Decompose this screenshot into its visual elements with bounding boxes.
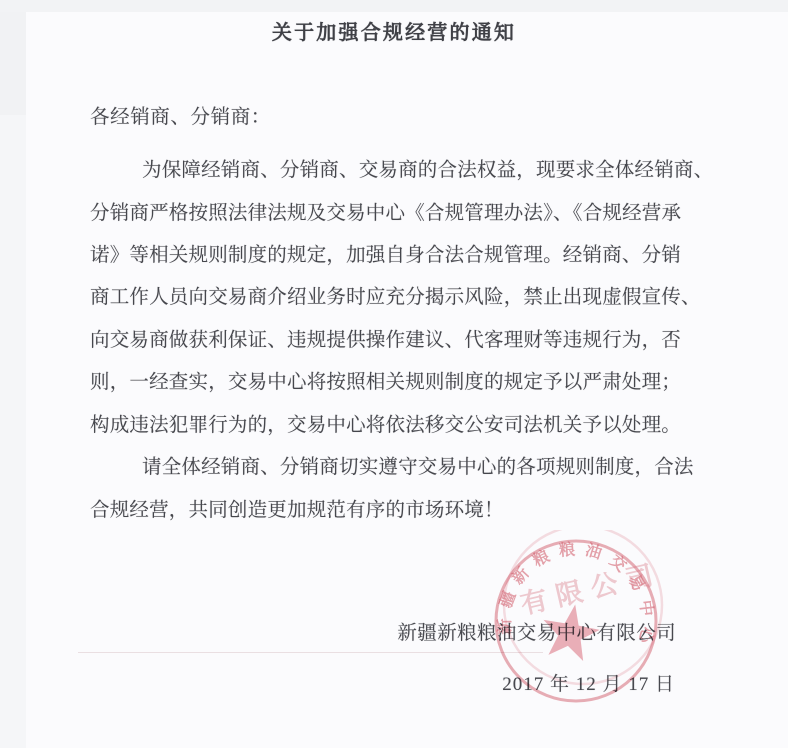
seal-ghost-circle xyxy=(504,530,662,684)
salutation: 各经销商、分销商： xyxy=(90,101,271,129)
body-line-1: 为保障经销商、分销商、交易商的合法权益，现要求全体经销商、 xyxy=(142,154,713,182)
scanned-notice-page: 关于加强合规经营的通知 各经销商、分销商： 为保障经销商、分销商、交易商的合法权… xyxy=(0,0,788,748)
signature-company-name: 新疆新粮粮油交易中心有限公司 xyxy=(397,617,676,645)
body-line-4: 商工作人员向交易商介绍业务时应充分揭示风险，禁止出现虚假宣传、 xyxy=(90,281,701,309)
notice-title: 关于加强合规经营的通知 xyxy=(0,16,788,45)
body-line-2: 分销商严格按照法律法规及交易中心《合规管理办法》、《合规经营承 xyxy=(90,197,681,225)
signature-date: 2017 年 12 月 17 日 xyxy=(502,669,675,696)
body-line-6: 则，一经查实，交易中心将按照相关规则制度的规定予以严肃处理； xyxy=(90,366,681,394)
body-line-8: 请全体经销商、分销商切实遵守交易中心的各项规则制度，合法 xyxy=(142,451,694,479)
body-line-9: 合规经营，共同创造更加规范有序的市场环境！ xyxy=(90,494,504,522)
paper-crease-line xyxy=(78,652,543,653)
body-line-5: 向交易商做获利保证、违规提供操作建议、代客理财等违规行为，否 xyxy=(90,324,681,352)
body-line-3: 诺》等相关规则制度的规定，加强自身合法合规管理。经销商、分销 xyxy=(90,239,681,267)
scan-artifact-left xyxy=(0,12,26,748)
body-line-7: 构成违法犯罪行为的，交易中心将依法移交公安司法机关予以处理。 xyxy=(90,409,681,437)
seal-ghost-text: 有限公司 xyxy=(518,558,665,620)
scan-artifact-top xyxy=(0,0,788,12)
